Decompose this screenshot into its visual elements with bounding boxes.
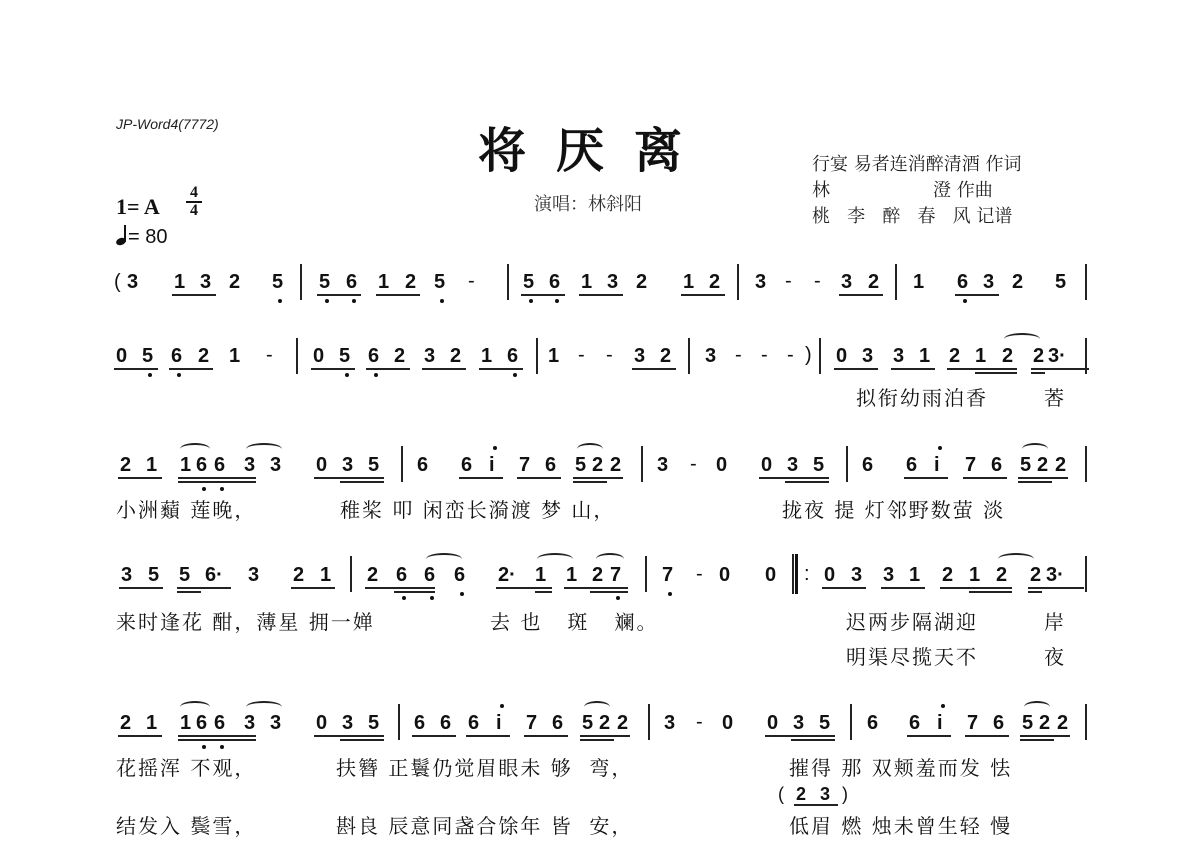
note: 6 <box>196 454 207 476</box>
lyric-line: 明渠尽揽天不 <box>846 641 978 670</box>
note: 5 <box>179 564 190 586</box>
song-title: 将厌离 <box>478 112 712 181</box>
rhythm-underline <box>1018 481 1052 483</box>
rhythm-underline <box>459 477 503 479</box>
rhythm-underline <box>169 368 213 370</box>
note: 6 <box>461 454 472 476</box>
rhythm-underline <box>681 294 725 296</box>
rhythm-underline <box>834 368 878 370</box>
note: 6 <box>468 712 479 734</box>
note: 6 <box>440 712 451 734</box>
lyric-line: 结发入 鬓雪， <box>116 810 256 839</box>
note: 1 <box>180 712 191 734</box>
note: 0 <box>761 454 772 476</box>
note: 3 <box>983 271 994 293</box>
rhythm-underline <box>118 735 162 737</box>
note: 7 <box>662 564 673 586</box>
octave-dot <box>529 299 533 303</box>
barline <box>641 446 643 482</box>
octave-dot <box>345 373 349 377</box>
rhythm-underline <box>479 368 523 370</box>
rhythm-underline <box>466 735 510 737</box>
note: 1 <box>566 564 577 586</box>
note: 0 <box>765 564 776 586</box>
singer-credit: 演唱：林斜阳 <box>534 190 642 216</box>
note: 2 <box>120 454 131 476</box>
note: 3 <box>244 712 255 734</box>
rhythm-underline <box>178 481 256 483</box>
note: 2 <box>599 712 610 734</box>
note: 7 <box>967 712 978 734</box>
rhythm-underline <box>969 591 1012 593</box>
rhythm-underline <box>178 735 256 737</box>
rhythm-underline <box>1018 477 1068 479</box>
octave-dot <box>202 745 206 749</box>
note: 3 <box>607 271 618 293</box>
notation-symbol: - <box>606 344 613 366</box>
note: 6 <box>545 454 556 476</box>
variant-open-paren: ( <box>778 783 784 805</box>
lyric-line: 扶簪 正鬟仍觉眉眼未 够 弯， <box>336 752 633 781</box>
note: 1 <box>174 271 185 293</box>
rhythm-underline <box>579 294 623 296</box>
note: 3 <box>342 454 353 476</box>
notation-symbol: ( <box>114 271 121 293</box>
rhythm-underline <box>394 591 435 593</box>
note: 5 <box>575 454 586 476</box>
barline <box>688 338 690 374</box>
octave-dot <box>177 373 181 377</box>
note: 3 <box>200 271 211 293</box>
lyric-line: 小洲蘱 莲晚， <box>116 494 256 523</box>
note: 2 <box>367 564 378 586</box>
notation-symbol: - <box>814 270 821 292</box>
octave-dot <box>460 592 464 596</box>
tie-slur <box>577 443 603 455</box>
notation-symbol: - <box>696 711 703 733</box>
lyric-line: 来时逢花 酣，薄星 拥一婵 <box>116 606 375 635</box>
note: 3 <box>851 564 862 586</box>
octave-dot <box>220 487 224 491</box>
note: 0 <box>719 564 730 586</box>
notation-symbol: - <box>787 344 794 366</box>
note: 6 <box>214 712 225 734</box>
note: 2 <box>610 454 621 476</box>
octave-dot <box>493 446 497 450</box>
note: 2 <box>868 271 879 293</box>
note: 1 <box>581 271 592 293</box>
rhythm-underline <box>524 735 568 737</box>
note: 3· <box>1046 564 1064 586</box>
note: 3 <box>862 345 873 367</box>
note: 2 <box>1030 564 1041 586</box>
rhythm-underline <box>955 294 999 296</box>
note: 1 <box>481 345 492 367</box>
lyric-line: 低眉 燃 烛未曾生轻 慢 <box>789 810 1012 839</box>
tie-slur <box>180 701 210 713</box>
note: 5 <box>813 454 824 476</box>
note: 6 <box>171 345 182 367</box>
rhythm-underline <box>1031 368 1089 370</box>
lyric-line: 夜 <box>1044 641 1066 670</box>
rhythm-underline <box>521 294 565 296</box>
note: 5 <box>148 564 159 586</box>
rhythm-underline <box>291 587 335 589</box>
note: 1 <box>146 454 157 476</box>
note: 2 <box>1033 345 1044 367</box>
note: 3 <box>121 564 132 586</box>
rhythm-underline <box>963 477 1007 479</box>
lyric-line: 拟衔幼雨泊香 <box>856 382 988 411</box>
note: 5 <box>523 271 534 293</box>
note: 3 <box>342 712 353 734</box>
note: 3 <box>883 564 894 586</box>
rhythm-underline <box>1028 591 1042 593</box>
octave-dot <box>616 596 620 600</box>
notation-symbol: - <box>735 344 742 366</box>
octave-dot <box>941 704 945 708</box>
rhythm-underline <box>794 804 838 806</box>
octave-dot <box>668 592 672 596</box>
octave-dot <box>278 299 282 303</box>
note: 1 <box>975 345 986 367</box>
note: 1 <box>683 271 694 293</box>
note: 2· <box>498 564 516 586</box>
rhythm-underline <box>366 368 410 370</box>
rhythm-underline <box>632 368 676 370</box>
time-signature: 4 4 <box>186 186 202 218</box>
lyric-line: 岸 <box>1044 606 1066 635</box>
note: 3 <box>248 564 259 586</box>
note: 6 <box>396 564 407 586</box>
note: 1 <box>320 564 331 586</box>
tie-slur <box>246 443 282 455</box>
note: 2 <box>120 712 131 734</box>
note: 6 <box>909 712 920 734</box>
variant-close-paren: ) <box>842 783 848 805</box>
tie-slur <box>1004 333 1040 345</box>
notation-symbol: ) <box>805 344 812 366</box>
note: 7 <box>965 454 976 476</box>
note: 2 <box>1037 454 1048 476</box>
notation-symbol: - <box>690 453 697 475</box>
note: 5 <box>142 345 153 367</box>
rhythm-underline <box>907 735 951 737</box>
barline <box>1085 446 1087 482</box>
note: 3 <box>127 271 138 293</box>
note: 5 <box>319 271 330 293</box>
time-signature-bottom: 4 <box>190 202 198 219</box>
barline <box>737 264 739 300</box>
rhythm-underline <box>965 735 1009 737</box>
quarter-note-icon <box>116 225 128 245</box>
notation-symbol: - <box>578 344 585 366</box>
lyric-line: 摧得 那 双颊羞而发 怯 <box>789 752 1012 781</box>
note: 5 <box>434 271 445 293</box>
note: 2 <box>949 345 960 367</box>
lyric-line: 去 也 斑 斓。 <box>490 606 659 635</box>
rhythm-underline <box>839 294 883 296</box>
lyricist-credit: 行宴 易者连消醉清酒 作词 <box>812 150 1021 176</box>
note: 6 <box>991 454 1002 476</box>
note: 1 <box>180 454 191 476</box>
note: 2 <box>1057 712 1068 734</box>
lyric-line: 稚桨 叩 闲峦长漪渡 梦 山， <box>340 494 615 523</box>
note: 3 <box>270 712 281 734</box>
octave-dot <box>402 596 406 600</box>
note: 6 <box>549 271 560 293</box>
barline <box>895 264 897 300</box>
rhythm-underline <box>172 294 216 296</box>
note: 2 <box>636 271 647 293</box>
note: 1 <box>913 271 924 293</box>
rhythm-underline <box>891 368 935 370</box>
variant-note: 3 <box>820 783 830 805</box>
notation-symbol: - <box>266 344 273 366</box>
rhythm-underline <box>314 477 384 479</box>
rhythm-underline <box>573 481 607 483</box>
barline <box>350 556 352 592</box>
note: 2 <box>394 345 405 367</box>
tie-slur <box>1024 701 1050 713</box>
note: 5 <box>272 271 283 293</box>
rhythm-underline <box>340 481 384 483</box>
notation-symbol: - <box>785 270 792 292</box>
note: 7 <box>610 564 621 586</box>
rhythm-underline <box>904 477 948 479</box>
barline <box>296 338 298 374</box>
tie-slur <box>584 701 610 713</box>
octave-dot <box>555 299 559 303</box>
note: 3 <box>657 454 668 476</box>
rhythm-underline <box>1020 735 1070 737</box>
note: 6 <box>454 564 465 586</box>
barline <box>850 704 852 740</box>
note: 6 <box>862 454 873 476</box>
rhythm-underline <box>311 368 355 370</box>
note: 2 <box>592 564 603 586</box>
rhythm-underline <box>365 587 435 589</box>
rhythm-underline <box>118 477 162 479</box>
note: 6 <box>346 271 357 293</box>
time-signature-top: 4 <box>190 184 198 201</box>
note: 2 <box>450 345 461 367</box>
note: 6 <box>414 712 425 734</box>
tie-slur <box>596 553 624 565</box>
tie-slur <box>426 553 462 565</box>
barline <box>507 264 509 300</box>
lyric-line: 花摇浑 不观， <box>116 752 256 781</box>
note: 5 <box>1055 271 1066 293</box>
note: 0 <box>767 712 778 734</box>
note: 6 <box>417 454 428 476</box>
rhythm-underline <box>340 739 384 741</box>
key-signature: 1= A <box>116 194 160 220</box>
note: 5 <box>819 712 830 734</box>
transcriber-credit: 桃 李 醉 春 风 记谱 <box>812 202 1012 228</box>
tie-slur <box>998 553 1034 565</box>
lyric-line: 迟两步隔湖迎 <box>846 606 978 635</box>
note: 1 <box>909 564 920 586</box>
note: 5 <box>368 454 379 476</box>
lyric-line: 拢夜 提 灯邻野数萤 淡 <box>782 494 1005 523</box>
tempo-value: = 80 <box>128 226 167 248</box>
rhythm-underline <box>1031 372 1045 374</box>
variant-note: 2 <box>796 783 806 805</box>
note: 2 <box>709 271 720 293</box>
rhythm-underline <box>791 739 835 741</box>
note: 3 <box>270 454 281 476</box>
octave-dot <box>202 487 206 491</box>
octave-dot <box>325 299 329 303</box>
barline <box>819 338 821 374</box>
rhythm-underline <box>580 739 614 741</box>
note: 6 <box>993 712 1004 734</box>
barline <box>645 556 647 592</box>
rhythm-underline <box>412 735 456 737</box>
note: 5 <box>582 712 593 734</box>
note: 3 <box>244 454 255 476</box>
note: 6 <box>552 712 563 734</box>
rhythm-underline <box>177 587 231 589</box>
rhythm-underline <box>114 368 158 370</box>
note: 1 <box>146 712 157 734</box>
barline <box>648 704 650 740</box>
note: 0 <box>722 712 733 734</box>
note: 2 <box>592 454 603 476</box>
rhythm-underline <box>573 477 623 479</box>
note: 1 <box>969 564 980 586</box>
rhythm-underline <box>822 587 866 589</box>
note: 2 <box>1039 712 1050 734</box>
barline <box>398 704 400 740</box>
rhythm-underline <box>177 591 201 593</box>
note: 3 <box>893 345 904 367</box>
note: 1 <box>535 564 546 586</box>
barline <box>1085 264 1087 300</box>
note: 6· <box>205 564 223 586</box>
note: 5 <box>1020 454 1031 476</box>
note: 6 <box>507 345 518 367</box>
rhythm-underline <box>178 477 256 479</box>
rhythm-underline <box>119 587 163 589</box>
octave-dot <box>374 373 378 377</box>
note: 2 <box>1012 271 1023 293</box>
note: 5 <box>1022 712 1033 734</box>
note: 0 <box>824 564 835 586</box>
octave-dot <box>220 745 224 749</box>
note: 0 <box>116 345 127 367</box>
notation-symbol: - <box>468 270 475 292</box>
barline <box>300 264 302 300</box>
octave-dot <box>440 299 444 303</box>
note: 2 <box>996 564 1007 586</box>
note: 0 <box>716 454 727 476</box>
note: 6 <box>957 271 968 293</box>
octave-dot <box>148 373 152 377</box>
note: 3 <box>787 454 798 476</box>
rhythm-underline <box>881 587 925 589</box>
tie-slur <box>1022 443 1048 455</box>
notation-symbol: - <box>761 344 768 366</box>
note: i <box>496 712 502 734</box>
rhythm-underline <box>975 372 1017 374</box>
barline <box>536 338 538 374</box>
octave-dot <box>963 299 967 303</box>
note: 3 <box>634 345 645 367</box>
note: 1 <box>548 345 559 367</box>
lyric-line: 莕 <box>1044 382 1066 411</box>
tie-slur <box>246 701 282 713</box>
rhythm-underline <box>590 591 628 593</box>
rhythm-underline <box>317 294 361 296</box>
rhythm-underline <box>940 587 1012 589</box>
rhythm-underline <box>422 368 466 370</box>
note: 2 <box>293 564 304 586</box>
rhythm-underline <box>535 591 552 593</box>
note: 0 <box>313 345 324 367</box>
note: 6 <box>867 712 878 734</box>
note: 3· <box>1048 345 1066 367</box>
rhythm-underline <box>178 739 256 741</box>
note: 5 <box>368 712 379 734</box>
note: 1 <box>378 271 389 293</box>
rhythm-underline <box>1028 587 1084 589</box>
note: 5 <box>339 345 350 367</box>
octave-dot <box>938 446 942 450</box>
note: 2 <box>1002 345 1013 367</box>
barline <box>1085 704 1087 740</box>
note: 2 <box>405 271 416 293</box>
note: 6 <box>424 564 435 586</box>
octave-dot <box>513 373 517 377</box>
rhythm-underline <box>376 294 420 296</box>
notation-symbol: : <box>804 563 810 585</box>
rhythm-underline <box>947 368 1017 370</box>
barline <box>401 446 403 482</box>
barline <box>1085 556 1087 592</box>
note: i <box>934 454 940 476</box>
note: 6 <box>196 712 207 734</box>
note: 2 <box>229 271 240 293</box>
rhythm-underline <box>580 735 630 737</box>
rhythm-underline <box>496 587 552 589</box>
octave-dot <box>500 704 504 708</box>
note: 2 <box>617 712 628 734</box>
note: 2 <box>198 345 209 367</box>
note: 3 <box>841 271 852 293</box>
software-watermark: JP-Word4(7772) <box>116 116 219 132</box>
note: 6 <box>368 345 379 367</box>
note: 7 <box>526 712 537 734</box>
note: 7 <box>519 454 530 476</box>
rhythm-underline <box>765 735 835 737</box>
note: 2 <box>942 564 953 586</box>
note: 1 <box>229 345 240 367</box>
note: 3 <box>705 345 716 367</box>
rhythm-underline <box>785 481 829 483</box>
barline <box>846 446 848 482</box>
lyric-line: 斟良 辰意同盏合馀年 皆 安， <box>336 810 633 839</box>
note: 3 <box>755 271 766 293</box>
note: 1 <box>919 345 930 367</box>
rhythm-underline <box>314 735 384 737</box>
octave-dot <box>430 596 434 600</box>
note: 3 <box>424 345 435 367</box>
note: 0 <box>316 454 327 476</box>
note: 6 <box>906 454 917 476</box>
tempo-marking: = 80 <box>116 225 167 249</box>
